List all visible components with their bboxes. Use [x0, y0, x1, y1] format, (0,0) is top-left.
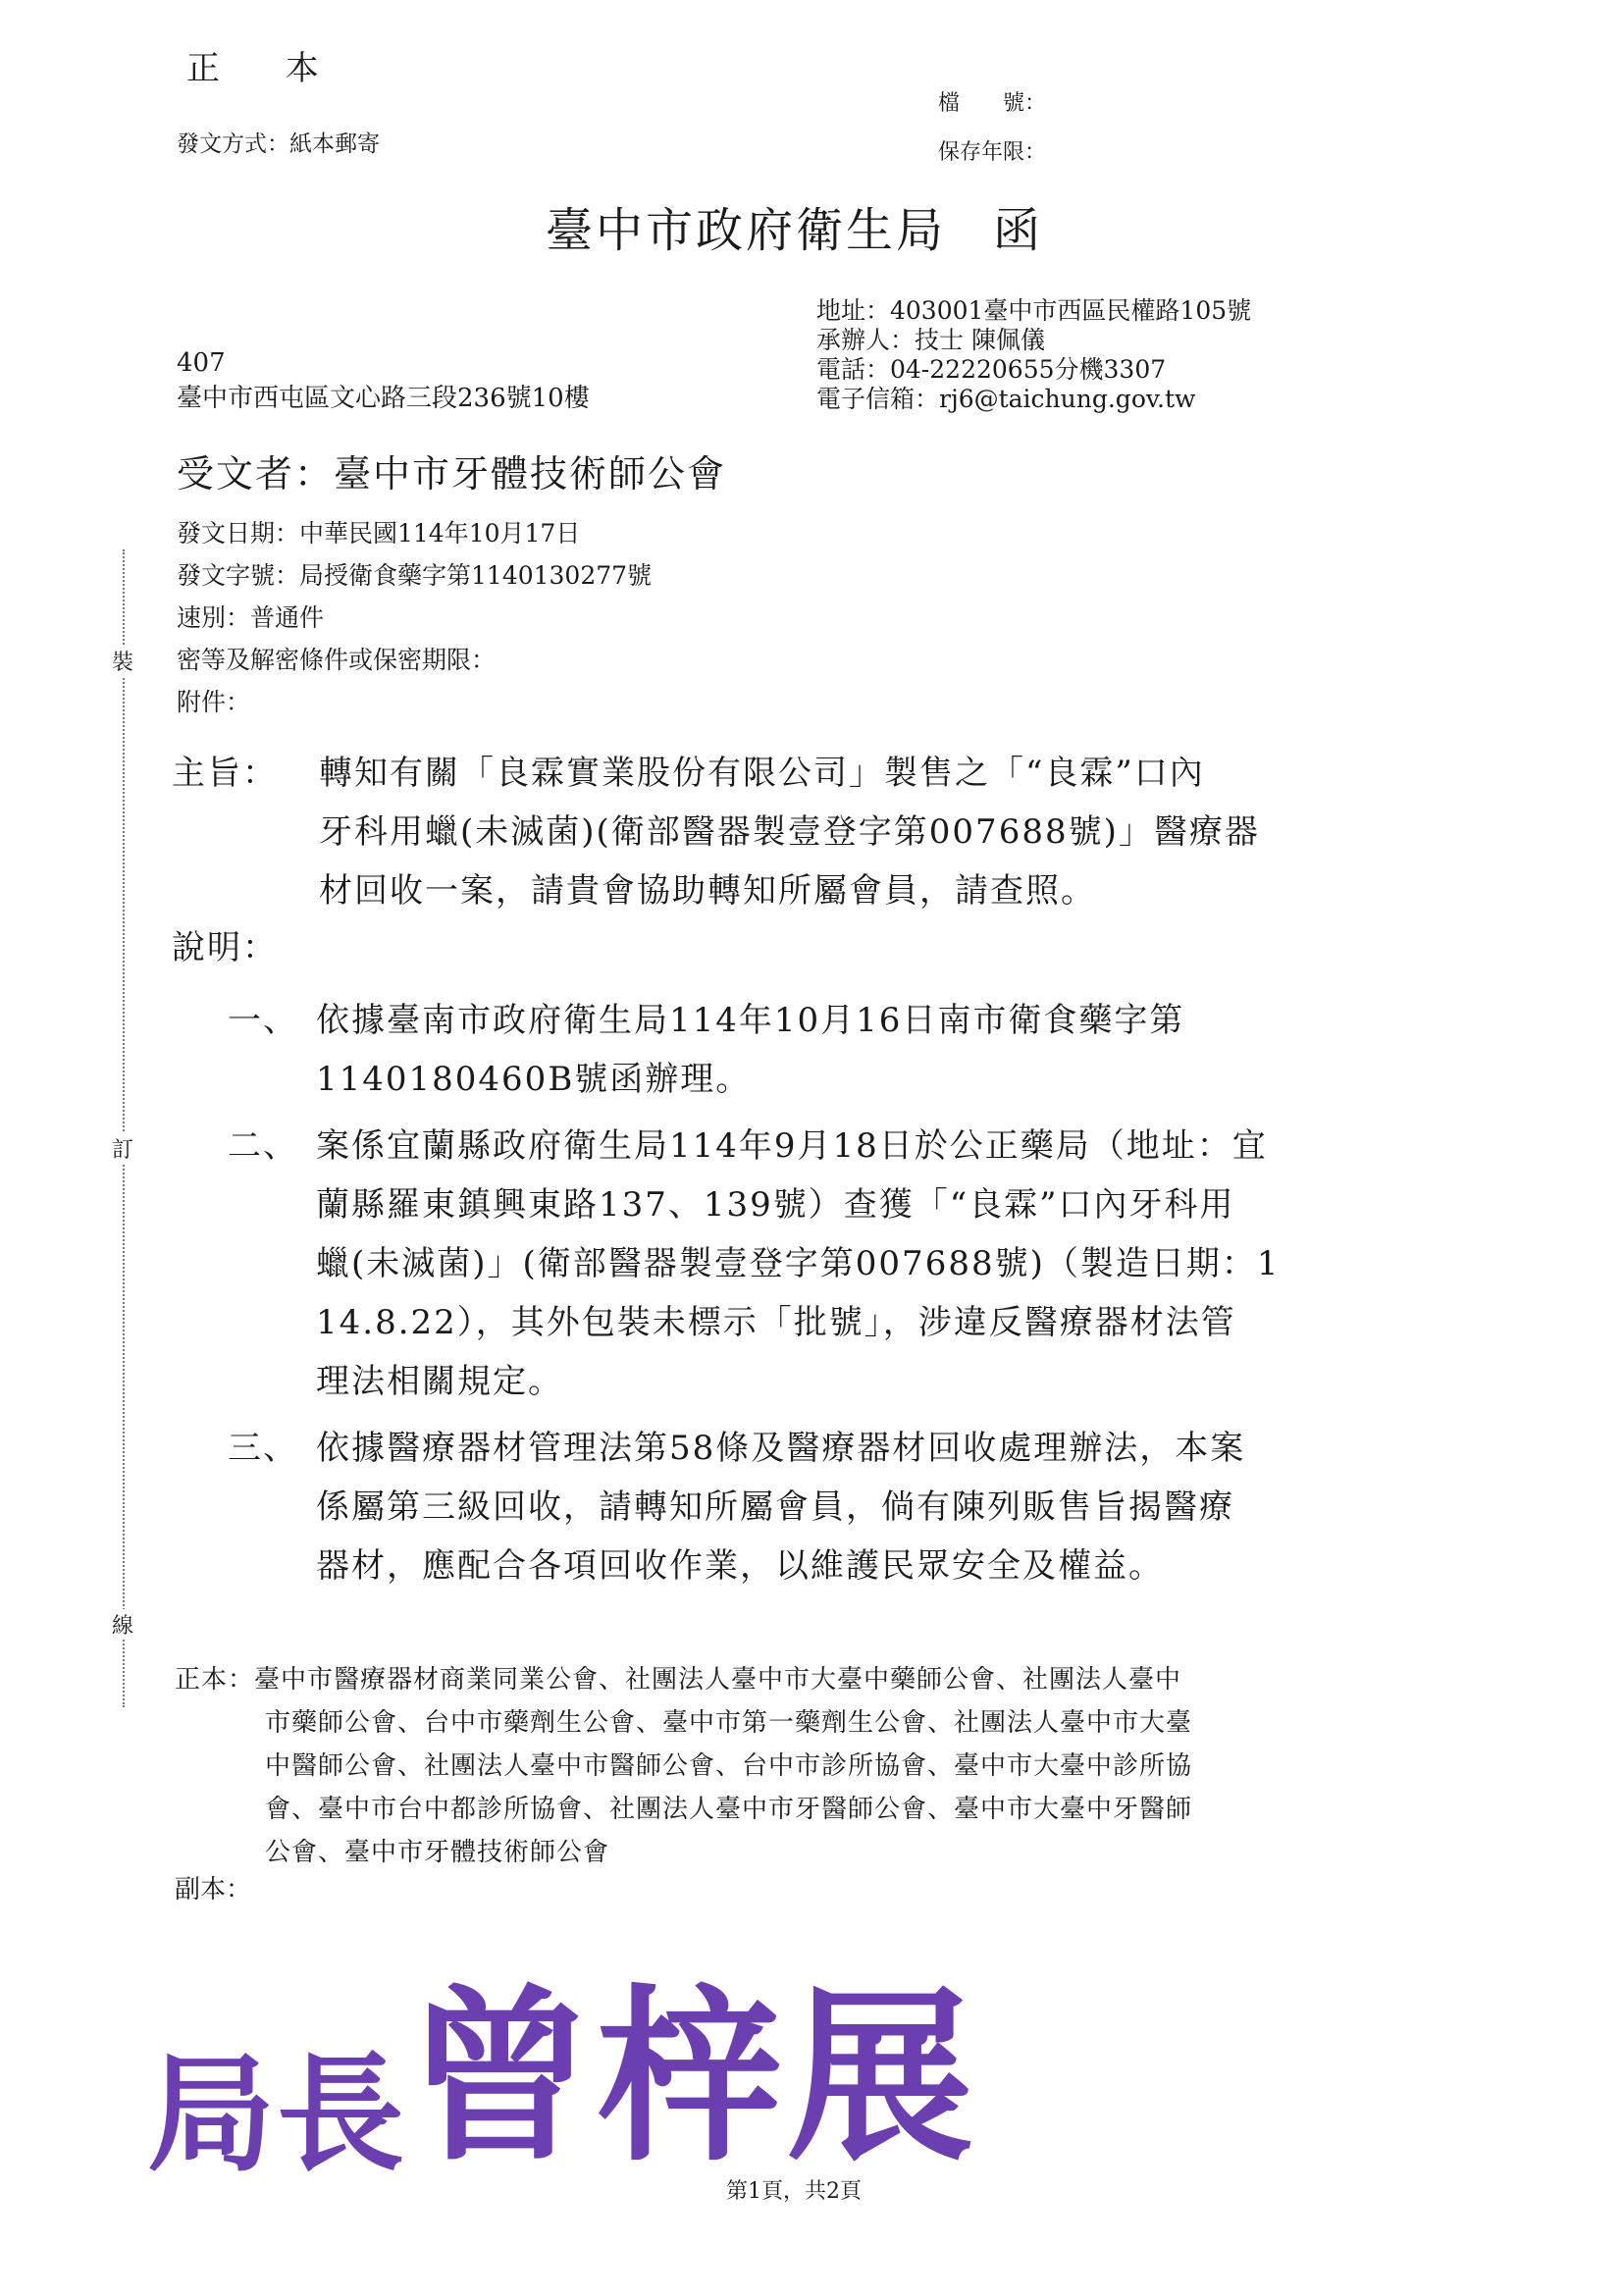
retention-period-label: 保存年限： — [938, 135, 1046, 166]
file-number-label: 檔 號： — [938, 86, 1046, 117]
document-meta: 發文日期：中華民國114年10月17日 發文字號：局授衛食藥字第11401302… — [177, 512, 652, 723]
recipient-address: 臺中市西屯區文心路三段236號10樓 — [177, 381, 590, 416]
binding-char: 訂 — [112, 1133, 133, 1164]
original-line: 公會、臺中市牙體技術師公會 — [175, 1831, 1192, 1874]
binding-char: 線 — [112, 1609, 133, 1640]
item-line: 14.8.22），其外包裝未標示「批號」，涉違反醫療器材法管 — [228, 1293, 1280, 1352]
issuing-organization: 臺中市政府衛生局 — [546, 203, 946, 258]
binding-line: 裝 訂 線 — [114, 549, 133, 1707]
document-kind: 函 — [993, 203, 1043, 258]
item-line: 案係宜蘭縣政府衛生局114年9月18日於公正藥局（地址：宜 — [228, 1117, 1280, 1175]
page-number: 第1頁，共2頁 — [726, 2174, 862, 2205]
recipient: 受文者：臺中市牙體技術師公會 — [177, 444, 726, 497]
original-line: 市藥師公會、台中市藥劑生公會、臺中市第一藥劑生公會、社團法人臺中市大臺 — [175, 1701, 1192, 1745]
document-number: 發文字號：局授衛食藥字第1140130277號 — [177, 554, 652, 597]
recipient-address-block: 407 臺中市西屯區文心路三段236號10樓 — [177, 345, 590, 416]
original-line: 會、臺中市台中都診所協會、社團法人臺中市牙醫師公會、臺中市大臺中牙醫師 — [175, 1788, 1192, 1831]
subject-line: 材回收一案，請貴會協助轉知所屬會員，請查照。 — [172, 861, 1260, 920]
item-line: 蠟(未滅菌)」(衛部醫器製壹登字第007688號)（製造日期：1 — [228, 1234, 1280, 1293]
explanation-label: 說明： — [172, 918, 278, 977]
signature-title: 局長 — [147, 2040, 406, 2189]
explanation-item: 三、 依據醫療器材管理法第58條及醫療器材回收處理辦法，本案 係屬第三級回收，請… — [228, 1419, 1280, 1595]
attachment: 附件： — [177, 681, 652, 723]
item-line: 器材，應配合各項回收作業，以維護民眾安全及權益。 — [228, 1537, 1280, 1595]
send-method: 發文方式：紙本郵寄 — [177, 126, 380, 158]
item-line: 係屬第三級回收，請轉知所屬會員，倘有陳列販售旨揭醫療 — [228, 1478, 1280, 1537]
phone: 電話：04-22220655分機3307 — [816, 355, 1251, 385]
explanation-item: 二、 案係宜蘭縣政府衛生局114年9月18日於公正藥局（地址：宜 蘭縣羅東鎮興東… — [228, 1117, 1280, 1411]
postal-code: 407 — [177, 345, 590, 381]
item-number: 二、 — [228, 1117, 298, 1175]
item-number: 三、 — [228, 1419, 298, 1478]
binding-dotted-line — [123, 549, 125, 1707]
subject-line: 轉知有關「良霖實業股份有限公司」製售之「“良霖”口內 — [319, 754, 1205, 793]
original-line: 中醫師公會、社團法人臺中市醫師公會、台中市診所協會、臺中市大臺中診所協 — [175, 1745, 1192, 1788]
confidentiality: 密等及解密條件或保密期限： — [177, 639, 652, 681]
item-line: 依據臺南市政府衛生局114年10月16日南市衛食藥字第 — [228, 991, 1280, 1050]
original-line: 臺中市醫療器材商業同業公會、社團法人臺中市大臺中藥師公會、社團法人臺中 — [254, 1665, 1181, 1695]
original-distribution: 正本：臺中市醫療器材商業同業公會、社團法人臺中市大臺中藥師公會、社團法人臺中 市… — [175, 1658, 1192, 1874]
item-line: 1140180460B號函辦理。 — [228, 1050, 1280, 1109]
item-line: 蘭縣羅東鎮興東路137、139號）查獲「“良霖”口內牙科用 — [228, 1175, 1280, 1234]
priority: 速別：普通件 — [177, 597, 652, 639]
cc-label: 副本： — [175, 1869, 251, 1905]
subject-label: 主旨： — [172, 744, 319, 803]
email: 電子信箱：rj6@taichung.gov.tw — [816, 385, 1251, 414]
item-line: 理法相關規定。 — [228, 1352, 1280, 1411]
sender-address: 地址：403001臺中市西區民權路105號 — [816, 296, 1251, 326]
copy-type-mark: 正 本 — [186, 41, 346, 89]
handler: 承辦人：技士 陳佩儀 — [816, 326, 1251, 355]
subject-section: 主旨：轉知有關「良霖實業股份有限公司」製售之「“良霖”口內 牙科用蠟(未滅菌)(… — [172, 744, 1260, 920]
signature-name: 曾梓展 — [406, 1969, 977, 2186]
contact-block: 地址：403001臺中市西區民權路105號 承辦人：技士 陳佩儀 電話：04-2… — [816, 296, 1251, 414]
subject-line: 牙科用蠟(未滅菌)(衛部醫器製壹登字第007688號)」醫療器 — [172, 803, 1260, 861]
item-line: 依據醫療器材管理法第58條及醫療器材回收處理辦法，本案 — [228, 1419, 1280, 1478]
document-title: 臺中市政府衛生局函 — [546, 192, 1043, 260]
director-signature-stamp: 局長曾梓展 — [147, 1928, 977, 2196]
original-label: 正本： — [175, 1665, 254, 1695]
binding-char: 裝 — [112, 646, 133, 676]
issue-date: 發文日期：中華民國114年10月17日 — [177, 512, 652, 554]
explanation-items: 一、 依據臺南市政府衛生局114年10月16日南市衛食藥字第 114018046… — [228, 991, 1280, 1603]
item-number: 一、 — [228, 991, 298, 1050]
explanation-item: 一、 依據臺南市政府衛生局114年10月16日南市衛食藥字第 114018046… — [228, 991, 1280, 1109]
